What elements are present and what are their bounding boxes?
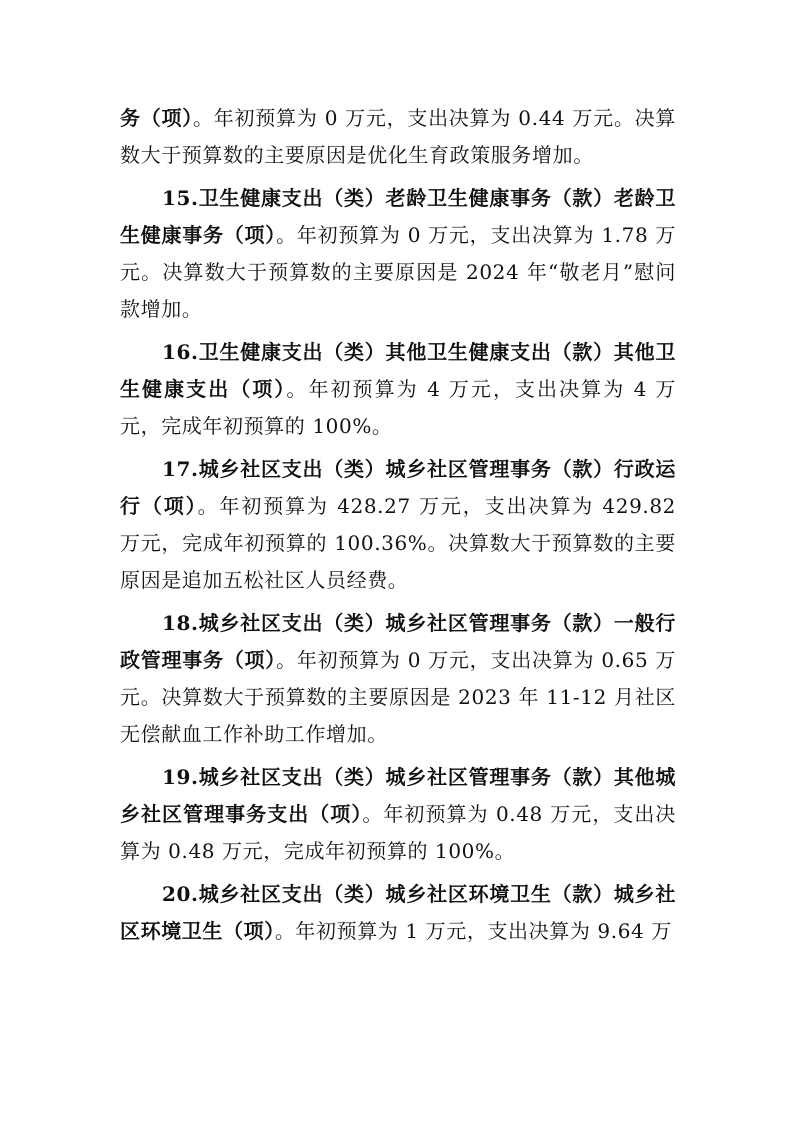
paragraph-body: 。年初预算为 1 万元，支出决算为 9.64 万 <box>275 919 672 943</box>
paragraph-body: 。年初预算为 428.27 万元，支出决算为 429.82 万元，完成年初预算的… <box>120 494 676 592</box>
paragraph-item-17: 17.城乡社区支出（类）城乡社区管理事务（款）行政运行（项）。年初预算为 428… <box>120 451 676 599</box>
paragraph-item-20: 20.城乡社区支出（类）城乡社区环境卫生（款）城乡社区环境卫生（项）。年初预算为… <box>120 876 676 950</box>
paragraph-continued: 务（项）。年初预算为 0 万元，支出决算为 0.44 万元。决算数大于预算数的主… <box>120 100 676 174</box>
paragraph-item-15: 15.卫生健康支出（类）老龄卫生健康事务（款）老龄卫生健康事务（项）。年初预算为… <box>120 180 676 328</box>
paragraph-item-16: 16.卫生健康支出（类）其他卫生健康支出（款）其他卫生健康支出（项）。年初预算为… <box>120 334 676 445</box>
document-page: 务（项）。年初预算为 0 万元，支出决算为 0.44 万元。决算数大于预算数的主… <box>120 100 676 950</box>
paragraph-item-19: 19.城乡社区支出（类）城乡社区管理事务（款）其他城乡社区管理事务支出（项）。年… <box>120 759 676 870</box>
paragraph-item-18: 18.城乡社区支出（类）城乡社区管理事务（款）一般行政管理事务（项）。年初预算为… <box>120 605 676 753</box>
paragraph-body: 。年初预算为 0 万元，支出决算为 0.44 万元。决算数大于预算数的主要原因是… <box>120 106 676 167</box>
paragraph-heading: 务（项） <box>120 106 193 130</box>
